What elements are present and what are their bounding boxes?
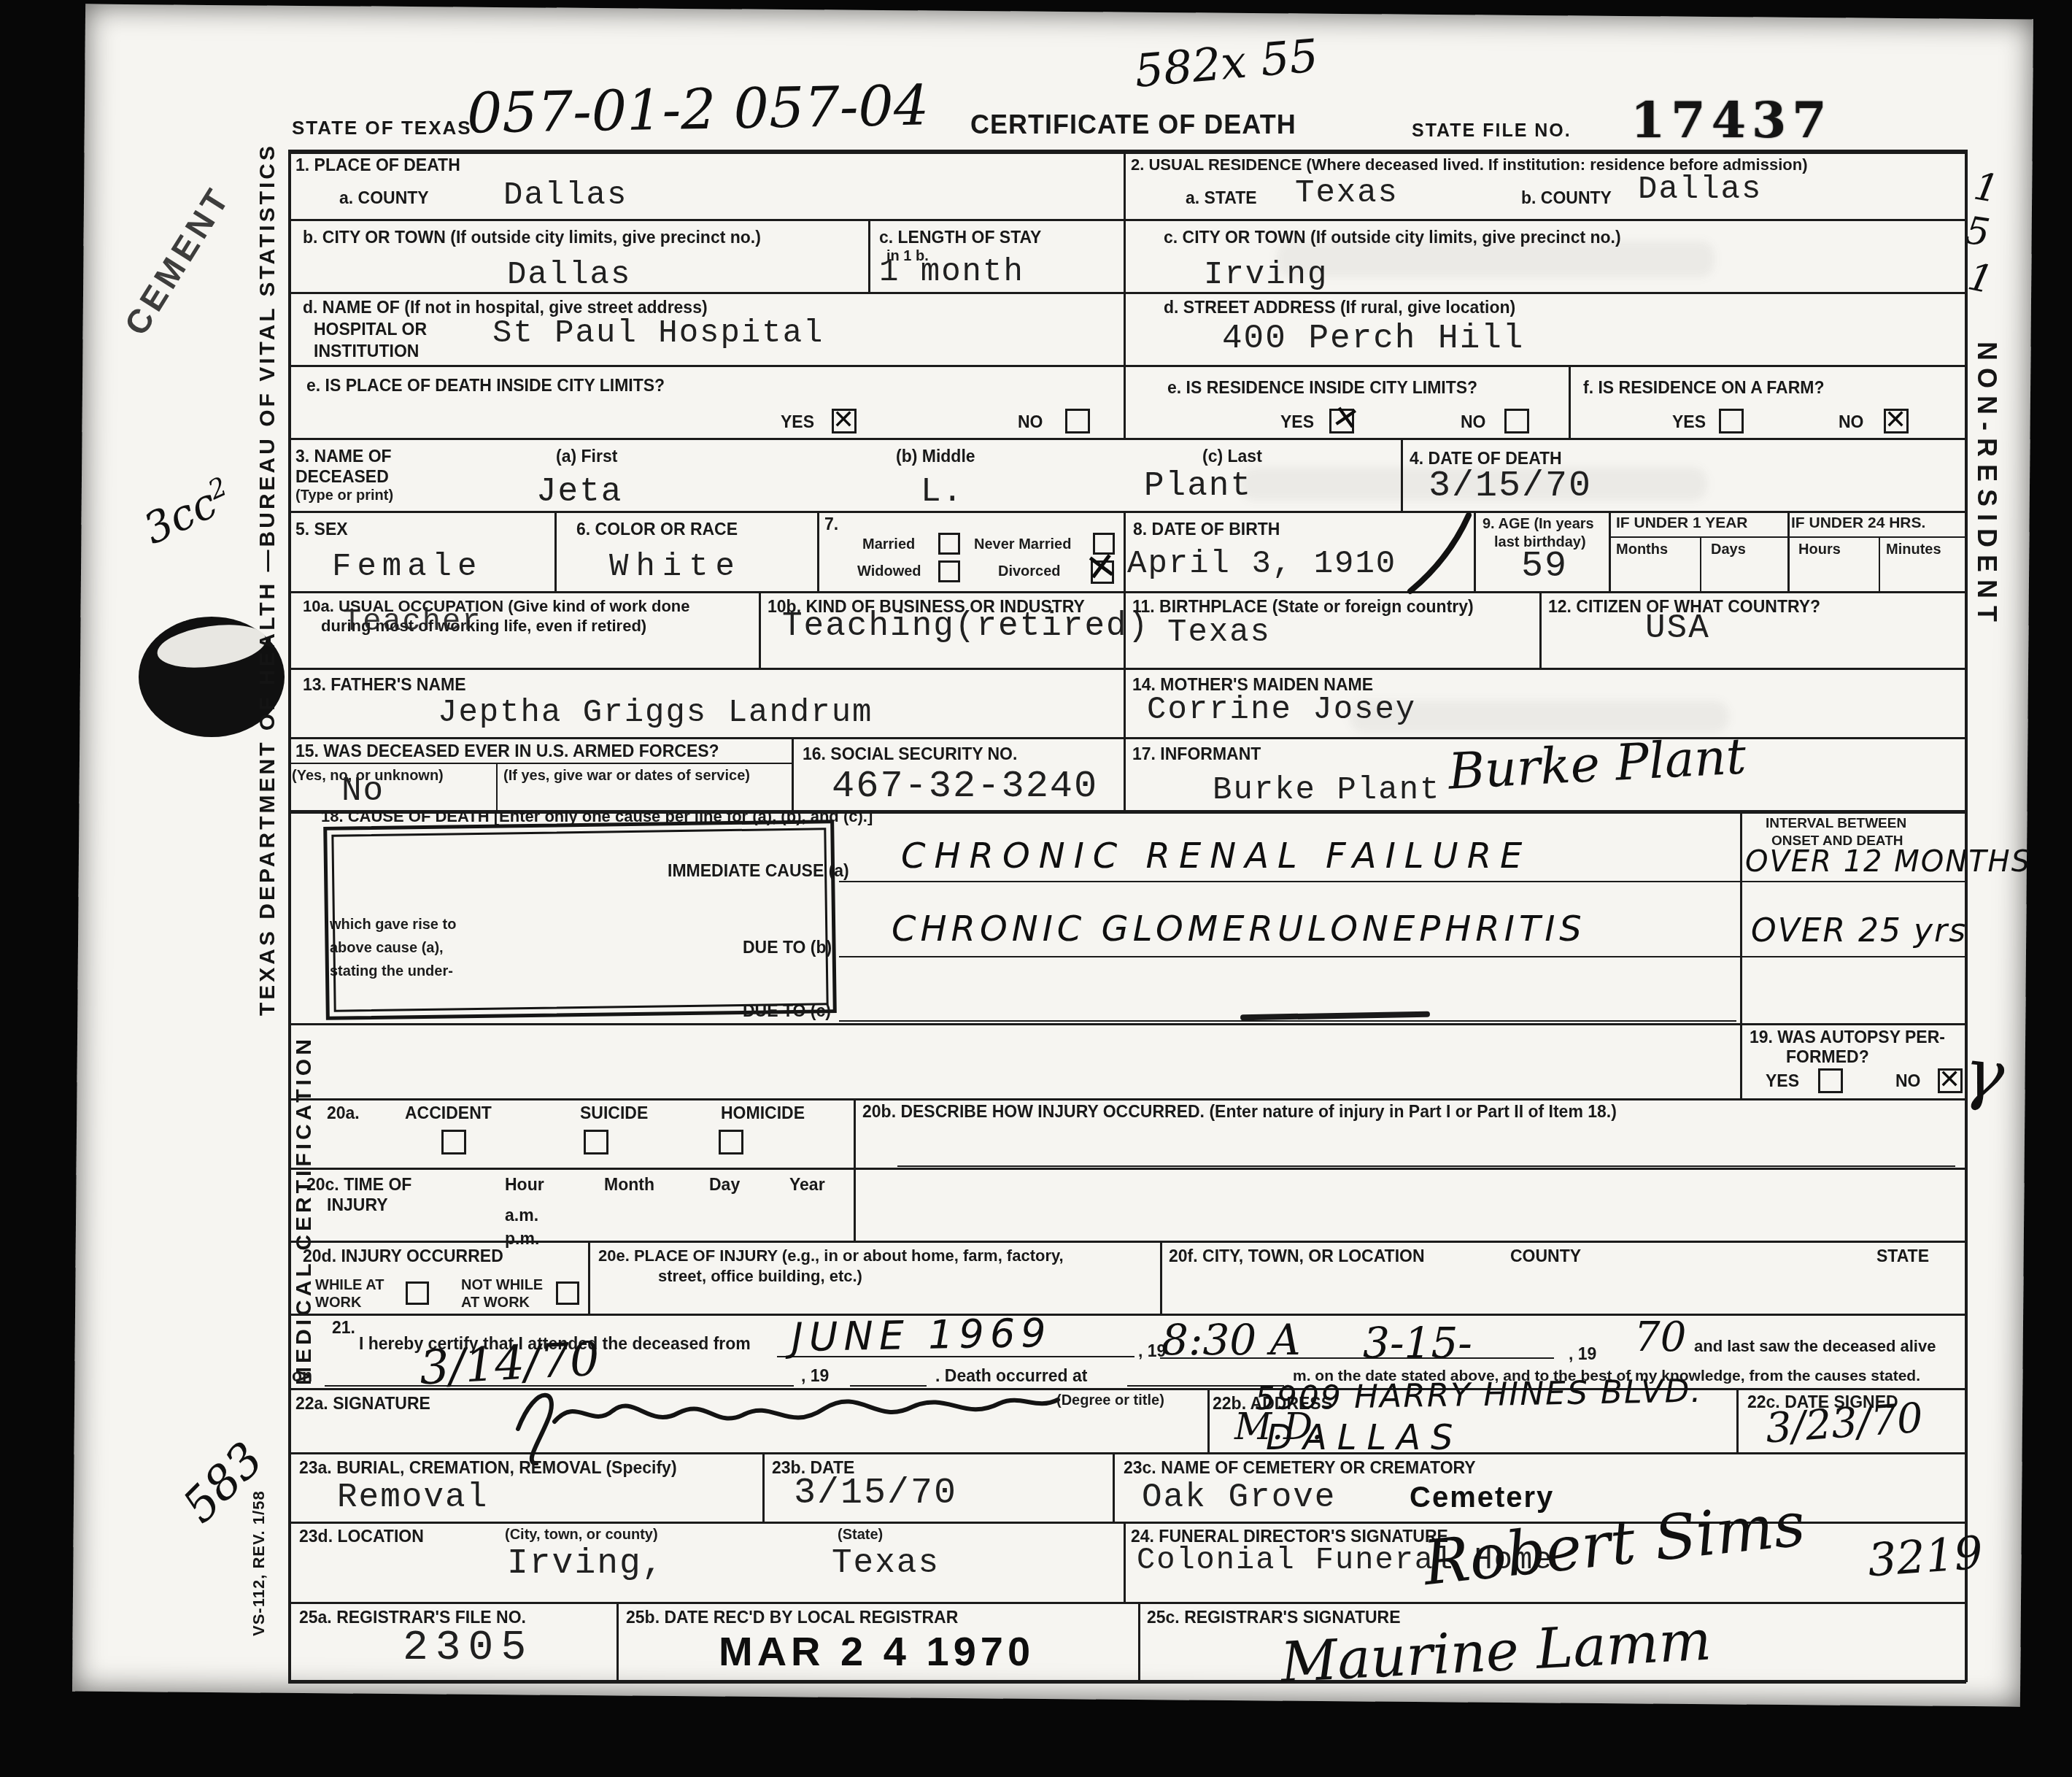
autopsy-no-label: NO: [1895, 1071, 1921, 1091]
state-file-no-label: STATE FILE NO.: [1412, 120, 1572, 142]
grid-line: [1879, 536, 1880, 591]
on-label: on: [292, 1366, 312, 1386]
first-name-value: Jeta: [536, 473, 622, 511]
grid-line: [1609, 511, 1611, 591]
year-label: Year: [789, 1175, 825, 1195]
last-name-label: (c) Last: [1202, 447, 1262, 466]
residence-state-label: a. STATE: [1186, 188, 1257, 208]
business-value: Teaching(retired): [782, 607, 1149, 645]
item21-label: 21.: [332, 1318, 355, 1338]
grid-line: [1124, 1522, 1126, 1602]
not-while-label-2: AT WORK: [461, 1295, 530, 1311]
marital-label: 7.: [824, 514, 838, 534]
item20c-label-1: 20c. TIME OF: [306, 1175, 411, 1195]
interval-label-1: INTERVAL BETWEEN: [1766, 816, 1906, 832]
grid-line: [1160, 1241, 1162, 1314]
grid-line: [288, 668, 1966, 670]
citizen-value: USA: [1645, 609, 1710, 647]
residence-county-label: b. COUNTY: [1521, 188, 1612, 208]
immediate-cause-label: IMMEDIATE CAUSE (a): [668, 861, 849, 881]
grid-line: [759, 591, 761, 668]
interval-a-value: OVER 12 MONTHS: [1745, 845, 2031, 879]
signature-label: 22a. SIGNATURE: [295, 1394, 430, 1414]
farm-no-label: NO: [1839, 412, 1864, 432]
while-at-work-checkbox: [406, 1281, 429, 1305]
grid-line: [288, 1023, 1966, 1025]
item20a-label: 20a.: [327, 1103, 360, 1123]
race-value: White: [609, 549, 742, 585]
armed-forces-value: No: [341, 772, 384, 810]
location-sub2: (State): [838, 1527, 883, 1543]
printed-19-b: , 19: [1569, 1344, 1596, 1364]
grid-line: [817, 511, 819, 591]
grid-line: [288, 150, 291, 1682]
grid-line: [288, 591, 1966, 593]
grid-line: [496, 763, 498, 810]
age-label-1: 9. AGE (In years: [1483, 516, 1594, 533]
birthplace-value: Texas: [1167, 614, 1271, 651]
hospital-value: St Paul Hospital: [492, 315, 824, 352]
item20e-label-2: street, office building, etc.): [658, 1267, 862, 1286]
day-label: Day: [709, 1175, 740, 1195]
hospital-label-3: INSTITUTION: [314, 342, 419, 361]
sex-label: 5. SEX: [295, 520, 348, 539]
cause-line-b: [839, 956, 1966, 957]
hour-label: Hour: [505, 1175, 544, 1195]
autopsy-yes-label: YES: [1766, 1071, 1799, 1091]
armed-forces-label: 15. WAS DECEASED EVER IN U.S. ARMED FORC…: [295, 741, 719, 761]
registrar-signature-label: 25c. REGISTRAR'S SIGNATURE: [1147, 1608, 1401, 1627]
item20f-label: 20f. CITY, TOWN, OR LOCATION: [1169, 1246, 1425, 1266]
immediate-cause-value: CHRONIC RENAL FAILURE: [901, 836, 1531, 876]
months-label: Months: [1616, 541, 1668, 558]
grid-line: [1401, 438, 1403, 511]
grid-line: [288, 763, 792, 764]
address-line-2: DALLAS: [1266, 1417, 1464, 1458]
hours-label: Hours: [1798, 541, 1841, 558]
informant-label: 17. INFORMANT: [1132, 744, 1261, 764]
grid-line: [288, 438, 1966, 440]
suicide-label: SUICIDE: [580, 1103, 648, 1123]
grid-line: [1539, 591, 1542, 668]
if-under-24-hrs-label: IF UNDER 24 HRS.: [1791, 514, 1925, 532]
grid-line: [1207, 1388, 1210, 1452]
grid-line: [288, 150, 1966, 154]
residence-county-value: Dallas: [1638, 171, 1762, 208]
res-yes-label: YES: [1280, 412, 1314, 432]
location-label: 23d. LOCATION: [299, 1527, 424, 1546]
name-title-1: 3. NAME OF: [295, 447, 392, 466]
suicide-checkbox: [584, 1130, 608, 1155]
autopsy-no-x: ✕: [1938, 1067, 1960, 1093]
married-checkbox: [938, 533, 960, 555]
not-while-checkbox: [556, 1281, 579, 1305]
grid-line: [616, 1602, 619, 1680]
father-name-value: Jeptha Griggs Landrum: [438, 695, 873, 731]
accident-label: ACCIDENT: [405, 1103, 492, 1123]
birthplace-label: 11. BIRTHPLACE (State or foreign country…: [1132, 597, 1474, 617]
grid-line: [1124, 511, 1126, 810]
never-married-label: Never Married: [974, 536, 1071, 553]
location-state-value: Texas: [832, 1544, 940, 1582]
registrar-file-no-value: 2305: [403, 1624, 533, 1672]
minutes-label: Minutes: [1886, 541, 1941, 558]
grid-line: [288, 1098, 1966, 1100]
grid-line: [288, 1602, 1966, 1604]
middle-name-label: (b) Middle: [896, 447, 975, 466]
mother-name-value: Corrine Josey: [1147, 692, 1416, 728]
cause-line-c: [839, 1020, 1736, 1022]
widowed-checkbox: [938, 560, 960, 582]
degree-or-title-label: (Degree or title): [1056, 1392, 1164, 1409]
ssn-label: 16. SOCIAL SECURITY NO.: [803, 744, 1017, 764]
divorced-label: Divorced: [998, 563, 1061, 580]
residence-state-value: Texas: [1295, 175, 1399, 212]
received-stamp: [323, 820, 837, 1020]
am-label: a.m.: [505, 1206, 538, 1225]
grid-line: [1138, 1602, 1140, 1680]
homicide-label: HOMICIDE: [721, 1103, 805, 1123]
due-to-b-value: CHRONIC GLOMERULONEPHRITIS: [892, 909, 1586, 949]
grid-line: [1124, 150, 1126, 438]
father-name-label: 13. FATHER'S NAME: [303, 675, 466, 695]
length-of-stay-label: c. LENGTH OF STAY: [879, 228, 1041, 247]
grid-line: [1740, 810, 1742, 1098]
name-title-3: (Type or print): [295, 487, 393, 504]
res-limits-label: e. IS RESIDENCE INSIDE CITY LIMITS?: [1167, 378, 1477, 398]
grid-line: [1700, 536, 1701, 591]
date-recd-stamp: MAR 2 4 1970: [719, 1627, 1035, 1675]
pod-limits-label: e. IS PLACE OF DEATH INSIDE CITY LIMITS?: [306, 376, 665, 396]
autopsy-label-1: 19. WAS AUTOPSY PER-: [1750, 1028, 1945, 1047]
age-value: 59: [1521, 546, 1568, 587]
certificate-title: CERTIFICATE OF DEATH: [970, 109, 1296, 140]
days-label: Days: [1711, 541, 1746, 558]
pm-label: p.m.: [505, 1229, 539, 1249]
scanned-death-certificate: CEMENT TEXAS DEPARTMENT OF HEALTH —BUREA…: [0, 0, 2072, 1777]
autopsy-label-2: FORMED?: [1786, 1047, 1869, 1067]
grid-line: [854, 1098, 856, 1241]
death-time-value: 8:30 A: [1161, 1315, 1301, 1365]
race-label: 6. COLOR OR RACE: [576, 520, 738, 539]
grid-line: [554, 511, 557, 591]
item20d-label: 20d. INJURY OCCURRED: [303, 1246, 503, 1266]
due-to-c-label: DUE TO (c): [743, 1001, 831, 1021]
autopsy-yes-checkbox: [1818, 1068, 1843, 1093]
funeral-director-number: 3219: [1866, 1526, 1985, 1587]
state-column-label: STATE: [1876, 1246, 1929, 1266]
location-sub1: (City, town, or county): [505, 1527, 658, 1543]
res-no-label: NO: [1461, 412, 1486, 432]
name-title-2: DECEASED: [295, 467, 389, 487]
attended-from-value: JUNE 1969: [791, 1310, 1052, 1360]
non-resident-vertical-stamp: NON-RESIDENT: [1971, 342, 2002, 629]
first-name-label: (a) First: [556, 447, 617, 466]
accident-checkbox: [441, 1130, 466, 1155]
grid-line: [288, 365, 1966, 367]
handwritten-checkmark: [1404, 509, 1477, 597]
interval-b-value: OVER 25 yrs: [1751, 912, 1967, 949]
grid-line: [288, 1314, 1966, 1316]
ssn-value: 467-32-3240: [832, 765, 1098, 808]
cemetery-value: Oak Grove: [1142, 1479, 1336, 1516]
while-at-work-label-2: WORK: [315, 1295, 361, 1311]
physician-signature: [496, 1378, 1080, 1465]
grid-line: [588, 1241, 590, 1314]
armed-forces-sub2: (If yes, give war or dates of service): [503, 768, 750, 785]
city-or-town-label: b. CITY OR TOWN (If outside city limits,…: [303, 228, 761, 247]
hospital-label: d. NAME OF (If not in hospital, give str…: [303, 298, 708, 317]
residence-city-value: Irving: [1204, 257, 1328, 293]
street-address-value: 400 Perch Hill: [1222, 320, 1524, 358]
street-address-label: d. STREET ADDRESS (If rural, give locati…: [1164, 298, 1515, 317]
farm-no-x: ✕: [1884, 407, 1906, 433]
pod-no-checkbox: [1065, 409, 1090, 433]
address-line-1: 5909 HARRY HINES BLVD.: [1255, 1373, 1703, 1418]
cause-line-a: [839, 881, 1966, 882]
grid-line: [288, 511, 1966, 513]
res-no-checkbox: [1504, 409, 1529, 433]
if-under-1-year-label: IF UNDER 1 YEAR: [1616, 514, 1747, 532]
married-label: Married: [862, 536, 915, 553]
county-label: a. COUNTY: [339, 188, 429, 208]
grid-line: [792, 737, 794, 810]
received-stamp-inner-border: [331, 828, 828, 1011]
divorced-x: ✕: [1083, 547, 1120, 589]
pod-no-label: NO: [1018, 412, 1043, 432]
cemetery-label: 23c. NAME OF CEMETERY OR CREMATORY: [1124, 1458, 1476, 1478]
date-of-death-value: 3/15/70: [1429, 466, 1592, 507]
death-year-value: 70: [1634, 1314, 1686, 1361]
homicide-checkbox: [719, 1130, 743, 1155]
grid-line: [1113, 1452, 1115, 1522]
grid-line: [1787, 511, 1790, 591]
date-recd-label: 25b. DATE REC'D BY LOCAL REGISTRAR: [626, 1608, 958, 1627]
pod-yes-x: ✕: [832, 407, 854, 433]
grid-line: [288, 219, 1966, 221]
dob-value: April 3, 1910: [1127, 546, 1396, 582]
residence-city-label: c. CITY OR TOWN (If outside city limits,…: [1164, 228, 1621, 247]
place-of-death-title: 1. PLACE OF DEATH: [295, 155, 460, 175]
certify-text-2: and last saw the deceased alive: [1694, 1337, 1936, 1356]
medical-certification-vertical-label: MEDICAL CERTIFICATION: [292, 1036, 317, 1385]
grid-line: [1569, 365, 1571, 438]
while-at-work-label-1: WHILE AT: [315, 1277, 384, 1294]
county-value: Dallas: [503, 177, 627, 214]
widowed-label: Widowed: [857, 563, 921, 580]
informant-typed-value: Burke Plant: [1213, 772, 1440, 809]
res-yes-x: ✕: [1329, 401, 1361, 437]
grid-line: [868, 219, 870, 292]
burial-label: 23a. BURIAL, CREMATION, REMOVAL (Specify…: [299, 1458, 677, 1478]
left-vertical-agency-text: TEXAS DEPARTMENT OF HEALTH —BUREAU OF VI…: [255, 143, 280, 1016]
not-while-label-1: NOT WHILE: [461, 1277, 543, 1294]
item20b-label: 20b. DESCRIBE HOW INJURY OCCURRED. (Ente…: [862, 1102, 1617, 1122]
occupation-value: Teacher: [343, 604, 482, 639]
location-city-value: Irving,: [507, 1544, 665, 1584]
item20c-label-2: INJURY: [327, 1195, 388, 1215]
handwritten-district-codes: 057-01-2 057-04: [466, 72, 929, 145]
state-file-number: 17437: [1631, 91, 1833, 150]
burial-value: Removal: [337, 1479, 488, 1516]
grid-line: [288, 1241, 1966, 1243]
dob-label: 8. DATE OF BIRTH: [1133, 520, 1280, 539]
cemetery-stamp-word: Cemetery: [1410, 1481, 1554, 1514]
last-name-value: Plant: [1144, 467, 1252, 505]
burial-date-value: 3/15/70: [794, 1473, 957, 1514]
item20e-label-1: 20e. PLACE OF INJURY (e.g., in or about …: [598, 1246, 1064, 1265]
grid-line: [288, 1680, 1966, 1684]
sex-value: Female: [332, 549, 482, 585]
farm-yes-checkbox: [1719, 409, 1744, 433]
farm-label: f. IS RESIDENCE ON A FARM?: [1583, 378, 1825, 398]
county-column-label: COUNTY: [1510, 1246, 1581, 1266]
farm-yes-label: YES: [1672, 412, 1706, 432]
length-of-stay-value: 1 month: [879, 254, 1024, 290]
hospital-label-2: HOSPITAL OR: [314, 320, 427, 339]
grid-line: [1736, 1388, 1739, 1452]
form-code-vertical-label: VS-112, REV. 1/58: [250, 1490, 268, 1636]
month-label: Month: [604, 1175, 654, 1195]
death-date-value: 3-15-: [1363, 1318, 1472, 1368]
city-value: Dallas: [507, 257, 631, 293]
injury-answer-line: [897, 1165, 1955, 1167]
state-of-texas-label: STATE OF TEXAS: [292, 117, 472, 139]
middle-name-value: L.: [921, 473, 964, 511]
grid-line: [288, 1168, 1966, 1170]
due-to-b-label: DUE TO (b): [743, 938, 832, 957]
pod-yes-label: YES: [781, 412, 814, 432]
